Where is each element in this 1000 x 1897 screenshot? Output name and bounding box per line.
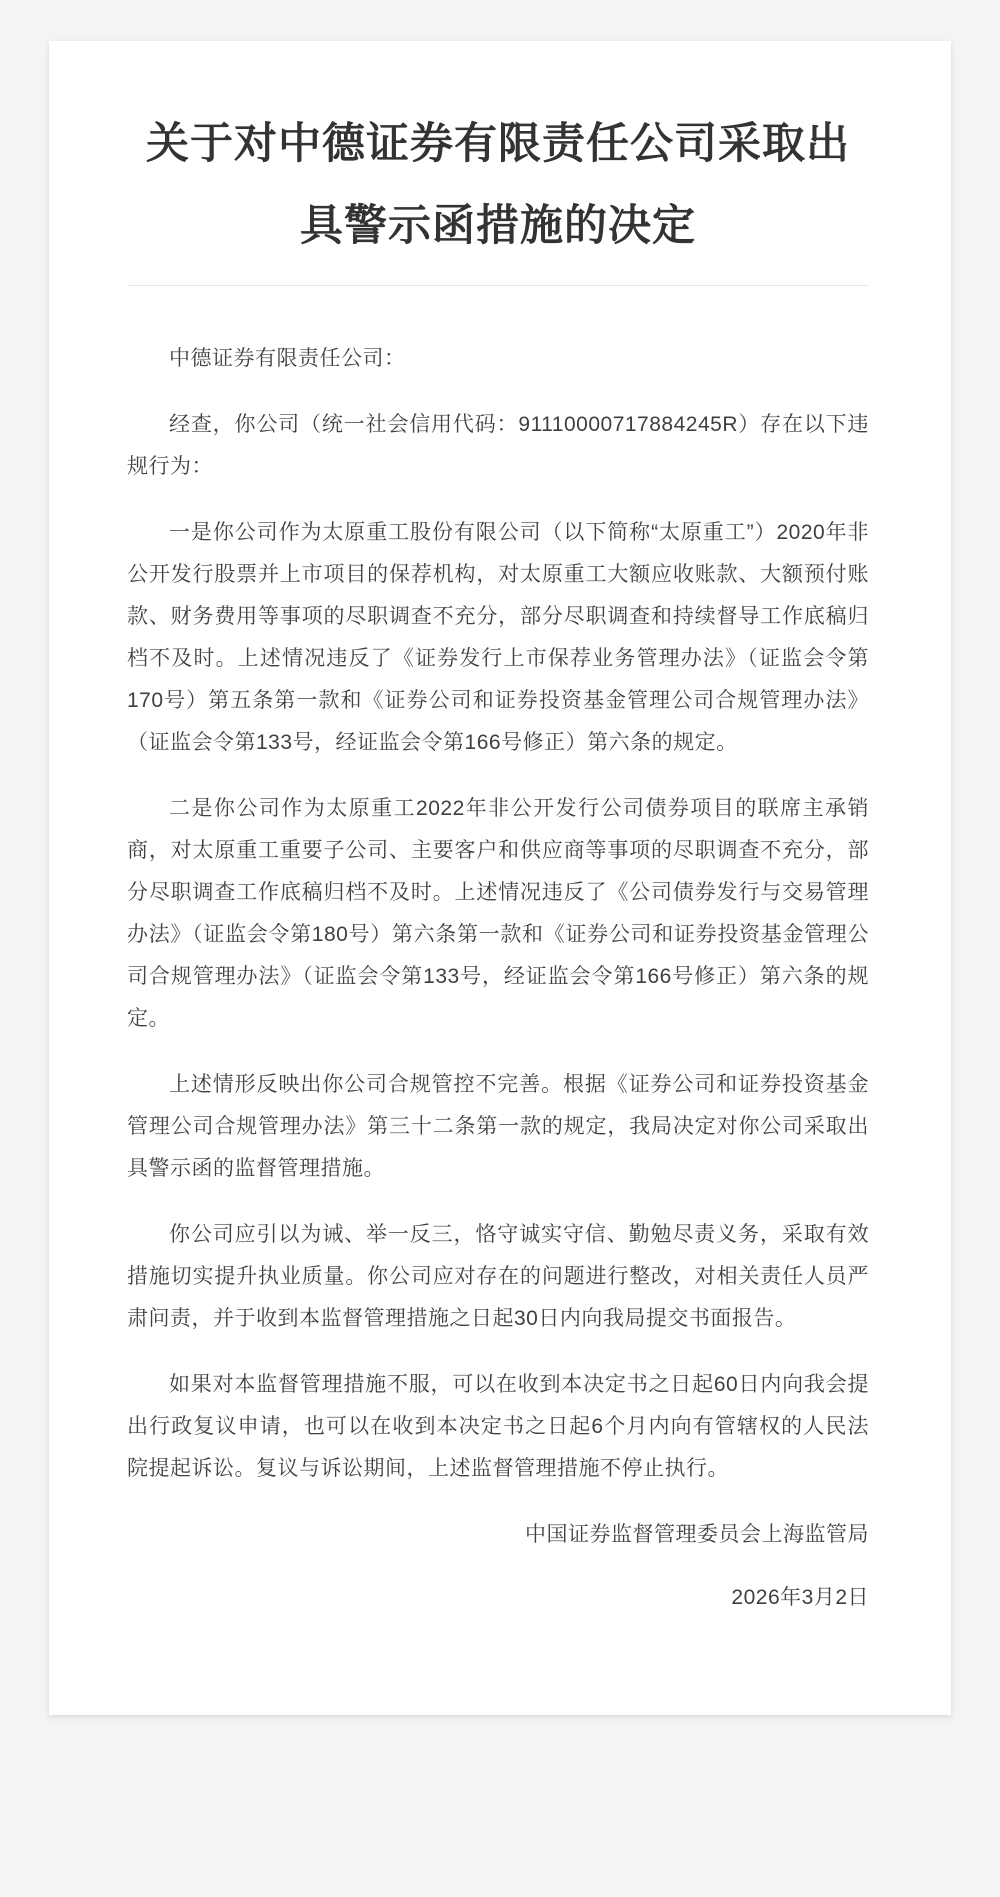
page-background: 关于对中德证券有限责任公司采取出 具警示函措施的决定 中德证券有限责任公司： 经… <box>0 0 1000 1897</box>
title-divider <box>127 285 869 286</box>
paragraph-violation-2: 二是你公司作为太原重工2022年非公开发行公司债券项目的联席主承销商，对太原重工… <box>127 788 869 1040</box>
paragraph-rectification: 你公司应引以为诫、举一反三，恪守诚实守信、勤勉尽责义务，采取有效措施切实提升执业… <box>127 1214 869 1340</box>
paragraph-violation-1: 一是你公司作为太原重工股份有限公司（以下简称“太原重工”）2020年非公开发行股… <box>127 512 869 764</box>
issuer-signature: 中国证券监督管理委员会上海监管局 <box>127 1514 869 1556</box>
issue-date: 2026年3月2日 <box>127 1577 869 1619</box>
title-line-1: 关于对中德证券有限责任公司采取出 <box>127 103 869 185</box>
page-title: 关于对中德证券有限责任公司采取出 具警示函措施的决定 <box>127 103 869 267</box>
paragraph-decision: 上述情形反映出你公司合规管控不完善。根据《证券公司和证券投资基金管理公司合规管理… <box>127 1064 869 1190</box>
document-body: 中德证券有限责任公司： 经查，你公司（统一社会信用代码：911100007178… <box>127 338 869 1619</box>
salutation: 中德证券有限责任公司： <box>127 338 869 380</box>
title-line-2: 具警示函措施的决定 <box>127 185 869 267</box>
paragraph-appeal: 如果对本监督管理措施不服，可以在收到本决定书之日起60日内向我会提出行政复议申请… <box>127 1364 869 1490</box>
paragraph-findings: 经查，你公司（统一社会信用代码：91110000717884245R）存在以下违… <box>127 404 869 488</box>
document-card: 关于对中德证券有限责任公司采取出 具警示函措施的决定 中德证券有限责任公司： 经… <box>49 41 951 1715</box>
